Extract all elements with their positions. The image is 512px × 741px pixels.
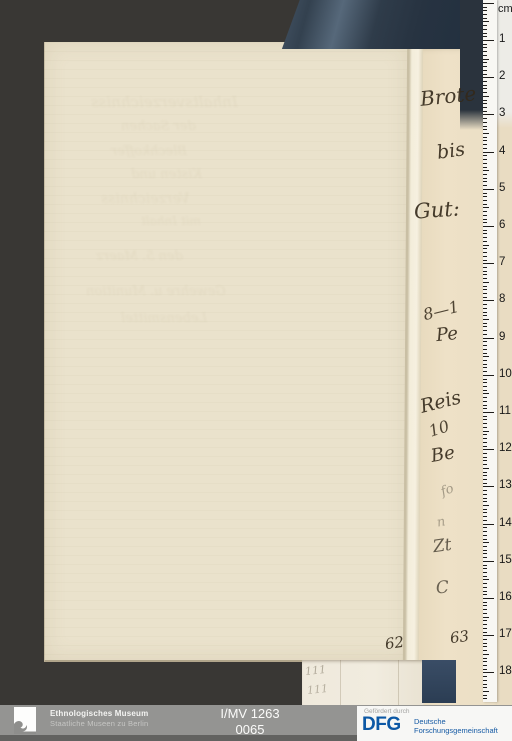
ruler-tick [483, 524, 494, 525]
ruler-tick [483, 230, 487, 231]
ruler-tick [483, 70, 487, 71]
ruler-unit-label: cm [498, 3, 512, 15]
ruler-cm-label: 2 [499, 70, 505, 82]
smb-logo [14, 707, 36, 734]
ruler-cm-label: 15 [499, 554, 512, 566]
ruler-tick [483, 665, 487, 666]
ruler-tick [483, 620, 487, 621]
ruler-tick [483, 356, 489, 357]
ruler-tick [483, 74, 487, 75]
ruler-tick [483, 375, 494, 376]
ruler-tick [483, 274, 487, 275]
ruler-tick [483, 583, 487, 584]
ruler-tick [483, 330, 487, 331]
ruler-tick [483, 591, 487, 592]
ruler-tick [483, 687, 487, 688]
ruler-tick [483, 267, 487, 268]
ruler-tick [483, 245, 489, 246]
ruler-cm-label: 17 [499, 628, 512, 640]
ruler-tick [483, 613, 487, 614]
ruler-tick [483, 289, 487, 290]
ruler-tick [483, 635, 494, 636]
ruler-tick [483, 140, 487, 141]
ruler-tick [483, 345, 487, 346]
ruler-tick [483, 512, 487, 513]
ruler-tick [483, 29, 487, 30]
ruler-tick [483, 185, 487, 186]
ruler-tick [483, 114, 494, 115]
ruler-tick [483, 579, 489, 580]
ruler-tick [483, 248, 487, 249]
ruler-tick [483, 509, 487, 510]
ruler-tick [483, 297, 487, 298]
ruler-tick [483, 691, 489, 692]
ruler-tick [483, 103, 487, 104]
ruler-tick [483, 263, 494, 264]
ruler-tick [483, 419, 487, 420]
ruler-tick [483, 393, 489, 394]
ruler-tick [483, 319, 489, 320]
ruler-tick [483, 111, 487, 112]
ruler-tick [483, 594, 487, 595]
ruler-tick [483, 397, 487, 398]
ruler-tick [483, 323, 487, 324]
ruler-tick [483, 51, 487, 52]
ruler-cm-label: 11 [499, 405, 511, 417]
ruler-tick [483, 650, 487, 651]
ruler-tick [483, 178, 487, 179]
ruler-tick [483, 446, 487, 447]
ruler-cm-label: 4 [499, 145, 505, 157]
ruler-tick [483, 155, 487, 156]
ruler-tick [483, 501, 487, 502]
ruler-tick [483, 122, 487, 123]
ruler-tick [483, 360, 487, 361]
ruler-tick [483, 498, 487, 499]
bleedthrough-line: den 5. Maerz [96, 250, 183, 263]
ruler-tick [483, 233, 487, 234]
ruler-tick [483, 219, 487, 220]
ruler-cm-label: 7 [499, 256, 505, 268]
bleedthrough-line: Kisten und [131, 168, 202, 181]
ruler-tick [483, 14, 487, 15]
ruler-tick [483, 695, 487, 696]
ruler-tick [483, 550, 487, 551]
ruler-tick [483, 3, 494, 4]
ruler-tick [483, 148, 487, 149]
ruler-tick [483, 542, 489, 543]
ruler-tick [483, 181, 487, 182]
ruler-tick [483, 286, 487, 287]
ruler-cm-label: 6 [499, 219, 505, 231]
ruler-tick [483, 438, 487, 439]
ruler-tick [483, 271, 487, 272]
ruler-tick [483, 59, 489, 60]
ruler-tick [483, 698, 487, 699]
ruler-cm-label: 18 [499, 665, 512, 677]
ruler-tick [483, 300, 494, 301]
funding-org-name-line2: Forschungsgemeinschaft [414, 726, 498, 735]
ruler-cm-label: 9 [499, 331, 505, 343]
ruler-tick [483, 334, 487, 335]
ruler-tick [483, 85, 487, 86]
underlying-page-edge [302, 660, 424, 706]
ruler-tick [483, 617, 489, 618]
ruler-tick [483, 464, 487, 465]
ruler-tick [483, 193, 487, 194]
ruler-tick [483, 390, 487, 391]
ruler-tick [483, 159, 487, 160]
ruler-tick [483, 196, 487, 197]
ruler-tick [483, 304, 487, 305]
ruler-tick [483, 260, 487, 261]
ruler-tick [483, 598, 494, 599]
ruler-tick [483, 25, 487, 26]
ruler-tick [483, 241, 487, 242]
dfg-funding-box: Gefördert durch DFG Deutsche Forschungsg… [357, 706, 512, 741]
ruler-tick [483, 423, 487, 424]
ruler-tick [483, 33, 487, 34]
bleedthrough-line: Inhaltsverzeichniss [91, 95, 238, 110]
ruler-tick [483, 431, 489, 432]
museum-subtitle: Staatliche Museen zu Berlin [50, 719, 148, 728]
ruler-tick [483, 118, 487, 119]
ruler-tick [483, 602, 487, 603]
bleedthrough-line: Verzeichniss [101, 192, 190, 206]
ruler-tick [483, 386, 487, 387]
ruler-tick [483, 100, 487, 101]
bleedthrough-line: der Sachen [121, 120, 196, 133]
ruler-tick [483, 315, 487, 316]
ruler-tick [483, 505, 489, 506]
binding-cloth-bottom [422, 660, 456, 703]
ruler-tick [483, 371, 487, 372]
ruler-tick [483, 44, 487, 45]
ruler-tick [483, 88, 487, 89]
ruler-tick [483, 672, 494, 673]
ruler-tick [483, 81, 487, 82]
ruler-tick [483, 62, 487, 63]
ruler-tick [483, 163, 487, 164]
ruler-tick [483, 520, 487, 521]
ruler-tick [483, 661, 487, 662]
ruler-tick [483, 18, 487, 19]
museum-name: Ethnologisches Museum [50, 709, 148, 718]
manuscript-page: Inhaltsverzeichnissder SachenBlechkoffer… [44, 42, 408, 662]
ruler-tick [483, 353, 487, 354]
ruler-tick [483, 609, 487, 610]
ruler-tick [483, 189, 494, 190]
ruler-tick [483, 546, 487, 547]
ruler-tick [483, 278, 487, 279]
ruler-tick [483, 576, 487, 577]
ruler-tick [483, 639, 487, 640]
ruler-tick [483, 535, 487, 536]
ruler-tick [483, 654, 489, 655]
ruler-tick [483, 226, 494, 227]
ruler-tick [483, 10, 487, 11]
ruler-tick [483, 66, 487, 67]
ruler-tick [483, 553, 487, 554]
ruler-tick [483, 669, 487, 670]
ruler-tick [483, 211, 487, 212]
ruler-tick [483, 137, 487, 138]
ruler-tick [483, 338, 494, 339]
ruler-tick [483, 632, 487, 633]
ruler-tick [483, 427, 487, 428]
ruler-tick [483, 207, 489, 208]
ruler-tick [483, 516, 487, 517]
ruler-tick [483, 133, 489, 134]
dfg-logo: DFG [362, 714, 401, 736]
document-scan-viewer: Inhaltsverzeichnissder SachenBlechkoffer… [0, 0, 512, 741]
ruler-cm-label: 16 [499, 591, 512, 603]
ruler-cm-label: 13 [499, 479, 512, 491]
ruler-tick [483, 341, 487, 342]
ruler-tick [483, 349, 487, 350]
ruler-tick [483, 460, 487, 461]
ruler-tick [483, 129, 487, 130]
ruler-tick [483, 527, 487, 528]
ruler-tick [483, 326, 487, 327]
ruler-cm-label: 5 [499, 182, 505, 194]
ruler-tick [483, 293, 487, 294]
ruler-tick [483, 167, 487, 168]
ruler-tick [483, 126, 487, 127]
ruler-cm-label: 3 [499, 107, 505, 119]
ruler-tick [483, 557, 487, 558]
ruler-tick [483, 308, 487, 309]
ruler-labels: 123456789101112131415161718 [499, 0, 512, 702]
ruler-tick [483, 21, 489, 22]
ruler-tick [483, 401, 487, 402]
ruler-tick [483, 568, 487, 569]
ruler-tick [483, 624, 487, 625]
ruler-tick [483, 107, 487, 108]
ruler-tick [483, 152, 494, 153]
ruler-tick [483, 442, 487, 443]
ruler-tick [483, 472, 487, 473]
ruler-tick [483, 479, 487, 480]
bleedthrough-line: Blechkoffer [111, 145, 187, 158]
ruler-cm-label: 10 [499, 368, 512, 380]
ruler-tick [483, 561, 494, 562]
bleedthrough-layer: Inhaltsverzeichnissder SachenBlechkoffer… [45, 42, 408, 660]
ruler-tick [483, 405, 487, 406]
ruler-tick [483, 40, 494, 41]
paper-seam [398, 660, 399, 706]
ruler-tick [483, 215, 487, 216]
ruler [483, 0, 497, 702]
ruler-tick [483, 684, 487, 685]
ruler-tick [483, 47, 487, 48]
ruler-tick [483, 256, 487, 257]
bleedthrough-line: Gewehre u. Munition [86, 285, 226, 298]
ruler-tick [483, 204, 487, 205]
ruler-tick [483, 367, 487, 368]
ruler-tick [483, 531, 487, 532]
ruler-tick [483, 77, 494, 78]
ruler-tick [483, 449, 494, 450]
ruler-tick [483, 468, 489, 469]
ruler-tick [483, 364, 487, 365]
ruler-tick [483, 252, 487, 253]
ruler-tick [483, 379, 487, 380]
ruler-tick [483, 486, 494, 487]
ruler-tick [483, 680, 487, 681]
bleedthrough-line: Lebensmittel [121, 312, 207, 325]
ruler-tick [483, 174, 487, 175]
ruler-tick [483, 382, 487, 383]
ruler-tick [483, 494, 487, 495]
ruler-tick [483, 605, 487, 606]
ruler-tick [483, 312, 487, 313]
ruler-tick [483, 282, 489, 283]
ruler-tick [483, 587, 487, 588]
ruler-tick [483, 434, 487, 435]
ruler-tick [483, 676, 487, 677]
ruler-tick [483, 7, 487, 8]
ruler-tick [483, 92, 487, 93]
ruler-tick [483, 453, 487, 454]
ruler-tick [483, 144, 487, 145]
binding-cloth [272, 0, 470, 49]
ruler-tick [483, 646, 487, 647]
ruler-cm-label: 12 [499, 442, 512, 454]
ruler-tick [483, 55, 487, 56]
ruler-tick [483, 237, 487, 238]
funding-org-name-line1: Deutsche [414, 717, 446, 726]
ruler-tick [483, 412, 494, 413]
ruler-tick [483, 658, 487, 659]
ruler-tick [483, 36, 487, 37]
ruler-cm-label: 14 [499, 517, 512, 529]
sheet-number: 0065 [180, 722, 320, 737]
ruler-tick [483, 483, 487, 484]
ruler-tick [483, 628, 487, 629]
ruler-tick [483, 170, 489, 171]
ruler-tick [483, 539, 487, 540]
ruler-tick [483, 490, 487, 491]
ruler-tick [483, 200, 487, 201]
ruler-tick [483, 457, 487, 458]
ruler-tick [483, 96, 489, 97]
ruler-tick [483, 408, 487, 409]
bleedthrough-line: mit Inhalt [141, 215, 201, 227]
ruler-tick [483, 572, 487, 573]
ruler-tick [483, 565, 487, 566]
ruler-cm-label: 8 [499, 293, 505, 305]
ruler-tick [483, 416, 487, 417]
ruler-tick [483, 222, 487, 223]
document-id: I/MV 1263 [180, 706, 320, 721]
paper-seam [340, 660, 341, 706]
ruler-tick [483, 475, 487, 476]
ruler-cm-label: 1 [499, 33, 505, 45]
ruler-tick [483, 643, 487, 644]
wave-icon [14, 707, 36, 734]
